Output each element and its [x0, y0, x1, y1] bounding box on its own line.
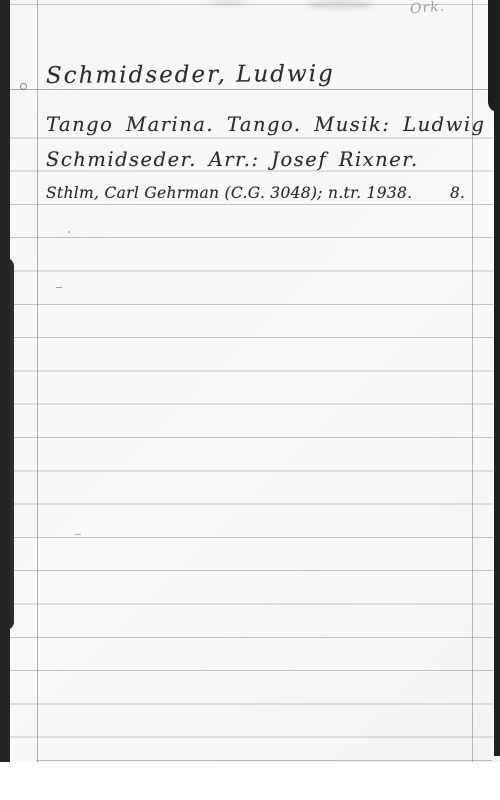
scan-speck: [74, 534, 81, 535]
scan-speck: [68, 231, 70, 233]
heading-rule-line: [10, 89, 493, 90]
entry-line-publisher: Sthlm, Carl Gehrman (C.G. 3048); n.tr. 1…: [46, 184, 412, 202]
entry-line-title: Tango Marina. Tango. Musik: Ludwig: [46, 113, 486, 136]
entry-line-arranger: Schmidseder. Arr.: Josef Rixner.: [46, 148, 419, 171]
scan-edge-right: [494, 0, 500, 756]
ruled-lines: [10, 105, 493, 761]
corner-annotation: Ork.: [409, 0, 445, 17]
scan-smudge: [208, 0, 248, 6]
left-margin-line: [37, 0, 38, 762]
scan-edge-left: [0, 0, 10, 762]
card-bottom-edge: [36, 760, 492, 761]
scan-smudge: [305, 0, 375, 9]
punch-mark: [20, 83, 27, 90]
card-heading-author: Schmidseder, Ludwig: [46, 61, 335, 89]
scan-speck: [56, 287, 62, 288]
catalog-card-scan: Ork. Schmidseder, Ludwig Tango Marina. T…: [0, 0, 500, 800]
page-number: 8.: [450, 184, 465, 202]
